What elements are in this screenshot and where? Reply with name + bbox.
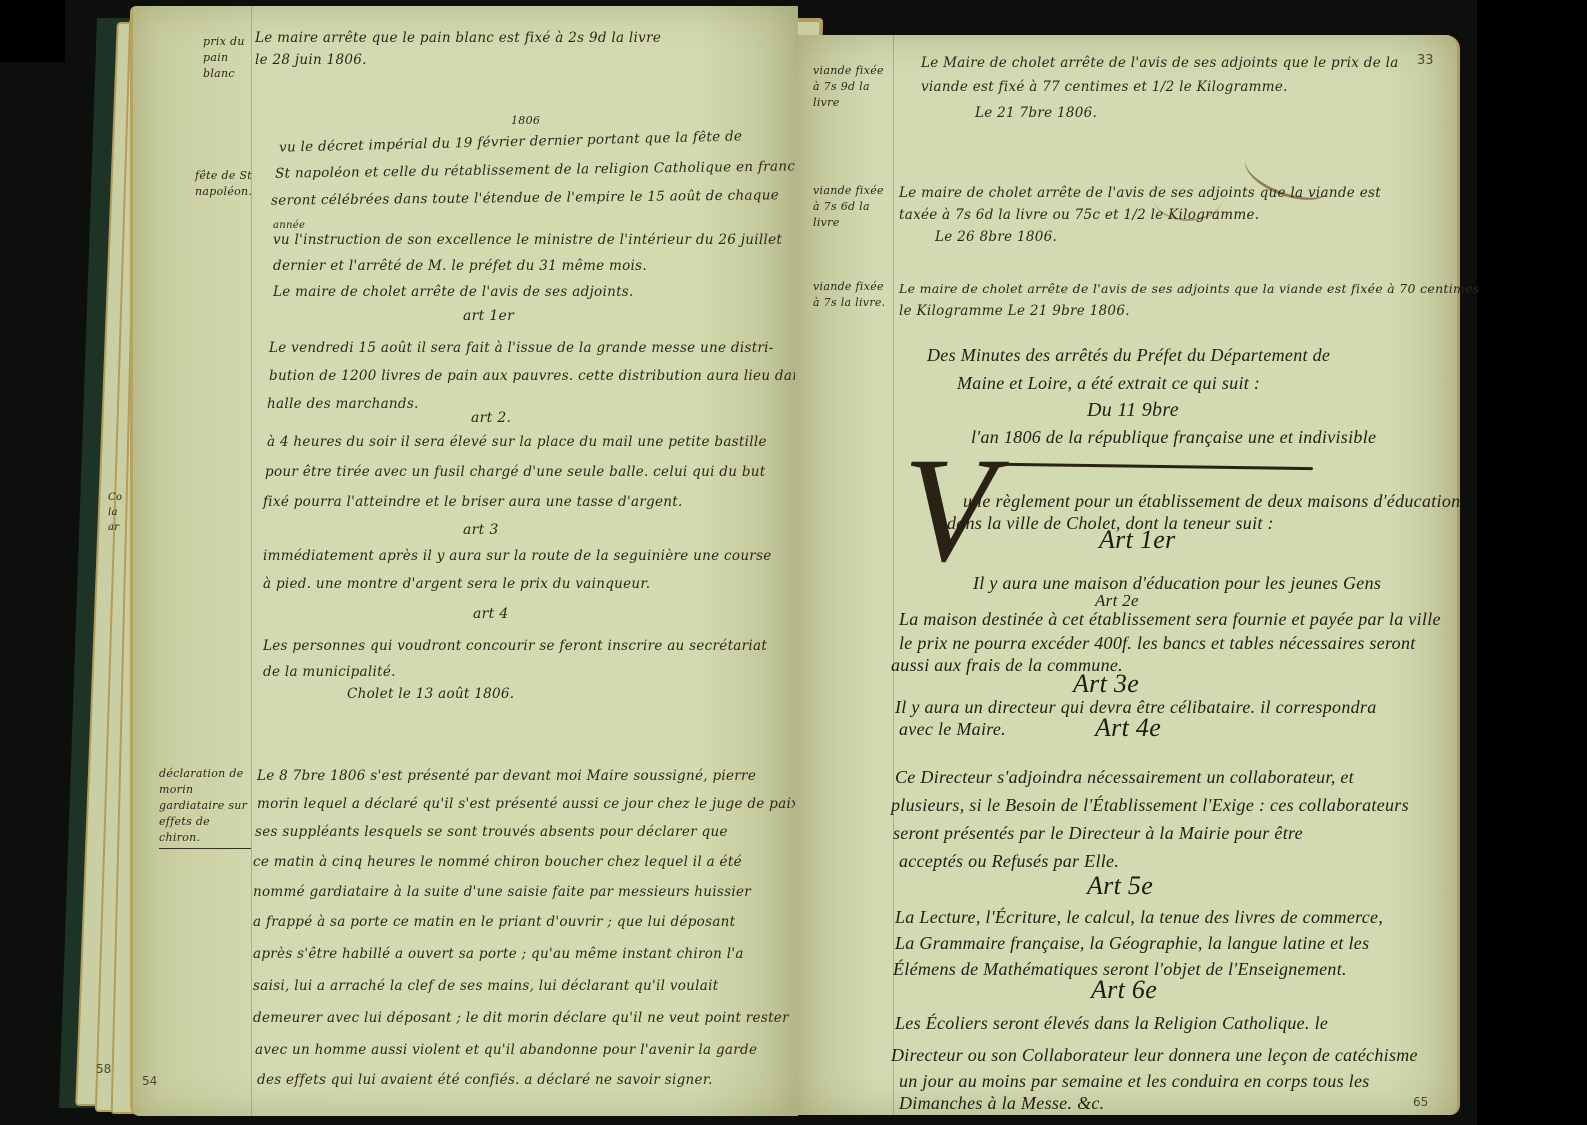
text-line: pour être tirée avec un fusil chargé d'u… bbox=[265, 464, 765, 480]
text-line: à pied. une montre d'argent sera le prix… bbox=[263, 576, 650, 592]
fragment-line: ar bbox=[108, 520, 122, 535]
page-number: 54 bbox=[142, 1074, 157, 1088]
text-line: un jour au moins par semaine et les cond… bbox=[899, 1071, 1370, 1092]
right-page: 33 viande fixée à 7s 9d la livre Le Mair… bbox=[795, 35, 1460, 1115]
text-line: acceptés ou Refusés par Elle. bbox=[899, 851, 1119, 872]
decree-preamble: u le règlement pour un établissement de … bbox=[963, 491, 1460, 512]
margin-note: viande fixée à 7s 9d la livre bbox=[813, 63, 891, 111]
text-line: des effets qui lui avaient été confiés. … bbox=[257, 1072, 713, 1088]
text-line: demeurer avec lui déposant ; le dit mori… bbox=[253, 1010, 789, 1026]
margin-rule bbox=[893, 35, 894, 1115]
fragment-line: la bbox=[108, 505, 122, 520]
article-label: Art 2e bbox=[1095, 591, 1139, 611]
page-number: 58 bbox=[96, 1062, 111, 1076]
margin-note: déclaration de morin gardiataire sur eff… bbox=[159, 766, 251, 849]
text-line: de la municipalité. bbox=[263, 664, 396, 680]
text-line: viande est fixé à 77 centimes et 1/2 le … bbox=[921, 79, 1288, 95]
text-line: taxée à 7s 6d la livre ou 75c et 1/2 le … bbox=[899, 207, 1259, 223]
text-line: Le maire de cholet arrête de l'avis de s… bbox=[273, 284, 634, 300]
text-line: immédiatement après il y aura sur la rou… bbox=[263, 548, 772, 564]
text-line: avec le Maire. bbox=[899, 719, 1006, 740]
text-line: seront célébrées dans toute l'étendue de… bbox=[271, 187, 779, 208]
text-line: fixé pourra l'atteindre et le briser aur… bbox=[263, 494, 683, 510]
text-line: après s'être habillé a ouvert sa porte ;… bbox=[253, 946, 744, 962]
article-label: art 2. bbox=[471, 410, 511, 426]
background-corner bbox=[0, 0, 65, 62]
text-line: Le maire arrête que le pain blanc est fi… bbox=[255, 30, 661, 46]
text-line: le prix ne pourra excéder 400f. les banc… bbox=[899, 633, 1416, 654]
text-line: a frappé à sa porte ce matin en le prian… bbox=[253, 914, 735, 930]
article-label: Art 5e bbox=[1087, 871, 1153, 901]
text-line: Ce Directeur s'adjoindra nécessairement … bbox=[895, 767, 1354, 788]
text-line: à 4 heures du soir il sera élevé sur la … bbox=[267, 434, 767, 450]
decree-date-heading: Du 11 9bre bbox=[1087, 399, 1179, 422]
text-line: vu le décret impérial du 19 février dern… bbox=[279, 128, 743, 155]
article-label: art 3 bbox=[463, 522, 499, 538]
year-note: 1806 bbox=[511, 114, 540, 127]
text-line: Le 21 7bre 1806. bbox=[975, 105, 1097, 121]
text-line: le Kilogramme Le 21 9bre 1806. bbox=[899, 303, 1130, 319]
text-line: ce matin à cinq heures le nommé chiron b… bbox=[253, 854, 742, 870]
text-line: dernier et l'arrêté de M. le préfet du 3… bbox=[273, 258, 647, 274]
margin-note: prix du pain blanc bbox=[203, 34, 263, 82]
left-page: prix du pain blanc Le maire arrête que l… bbox=[130, 6, 798, 1116]
article-label: art 1er bbox=[463, 308, 514, 324]
text-line: seront présentés par le Directeur à la M… bbox=[893, 823, 1303, 844]
text-line: Le 26 8bre 1806. bbox=[935, 229, 1057, 245]
signature-line: Cholet le 13 août 1806. bbox=[347, 686, 514, 702]
text-line: année bbox=[273, 220, 305, 231]
text-line: nommé gardiataire à la suite d'une saisi… bbox=[253, 884, 751, 900]
decree-date-line: l'an 1806 de la république française une… bbox=[971, 427, 1376, 448]
under-page-fragment: Co la ar bbox=[108, 490, 122, 535]
text-line: halle des marchands. bbox=[267, 396, 419, 412]
ink-divider bbox=[1007, 463, 1313, 470]
text-line: Il y aura une maison d'éducation pour le… bbox=[973, 573, 1381, 594]
article-label: Art 4e bbox=[1095, 713, 1161, 743]
page-number: 33 bbox=[1417, 53, 1434, 68]
decree-intro: Des Minutes des arrêtés du Préfet du Dép… bbox=[927, 345, 1330, 366]
text-line: ses suppléants lesquels se sont trouvés … bbox=[255, 824, 728, 840]
text-line: St napoléon et celle du rétablissement d… bbox=[275, 158, 804, 181]
text-line: La Grammaire française, la Géographie, l… bbox=[895, 933, 1369, 954]
text-line: Le vendredi 15 août il sera fait à l'iss… bbox=[269, 340, 774, 356]
text-line: avec un homme aussi violent et qu'il aba… bbox=[255, 1042, 757, 1058]
fragment-line: Co bbox=[108, 490, 122, 505]
text-line: Le Maire de cholet arrête de l'avis de s… bbox=[921, 55, 1399, 71]
text-line: Le 8 7bre 1806 s'est présenté par devant… bbox=[257, 768, 756, 784]
text-line: saisi, lui a arraché la clef de ses main… bbox=[253, 978, 719, 994]
article-label: art 4 bbox=[473, 606, 509, 622]
margin-note: viande fixée à 7s 6d la livre bbox=[813, 183, 891, 231]
page-number: 65 bbox=[1413, 1095, 1428, 1109]
article-label: Art 3e bbox=[1073, 669, 1139, 699]
text-line: morin lequel a déclaré qu'il s'est prése… bbox=[257, 796, 818, 812]
margin-note: fête de St napoléon. bbox=[195, 168, 263, 200]
text-line: Dimanches à la Messe. &c. bbox=[899, 1093, 1104, 1114]
text-line: le 28 juin 1806. bbox=[255, 52, 367, 68]
text-line: Les personnes qui voudront concourir se … bbox=[263, 638, 767, 654]
text-line: La Lecture, l'Écriture, le calcul, la te… bbox=[895, 907, 1383, 928]
background-right bbox=[1477, 0, 1587, 1125]
text-line: Le maire de cholet arrête de l'avis de s… bbox=[899, 281, 1480, 296]
text-line: plusieurs, si le Besoin de l'Établisseme… bbox=[891, 795, 1409, 816]
margin-note: viande fixée à 7s la livre. bbox=[813, 279, 893, 311]
text-line: vu l'instruction de son excellence le mi… bbox=[273, 232, 782, 248]
text-line: Le maire de cholet arrête de l'avis de s… bbox=[899, 185, 1381, 201]
text-line: La maison destinée à cet établissement s… bbox=[899, 609, 1441, 630]
text-line: bution de 1200 livres de pain aux pauvre… bbox=[269, 368, 826, 384]
article-label: Art 6e bbox=[1091, 975, 1157, 1005]
text-line: Les Écoliers seront élevés dans la Relig… bbox=[895, 1013, 1328, 1034]
article-label: Art 1er bbox=[1099, 525, 1175, 555]
text-line: Directeur ou son Collaborateur leur donn… bbox=[891, 1045, 1418, 1066]
decree-intro: Maine et Loire, a été extrait ce qui sui… bbox=[957, 373, 1260, 394]
